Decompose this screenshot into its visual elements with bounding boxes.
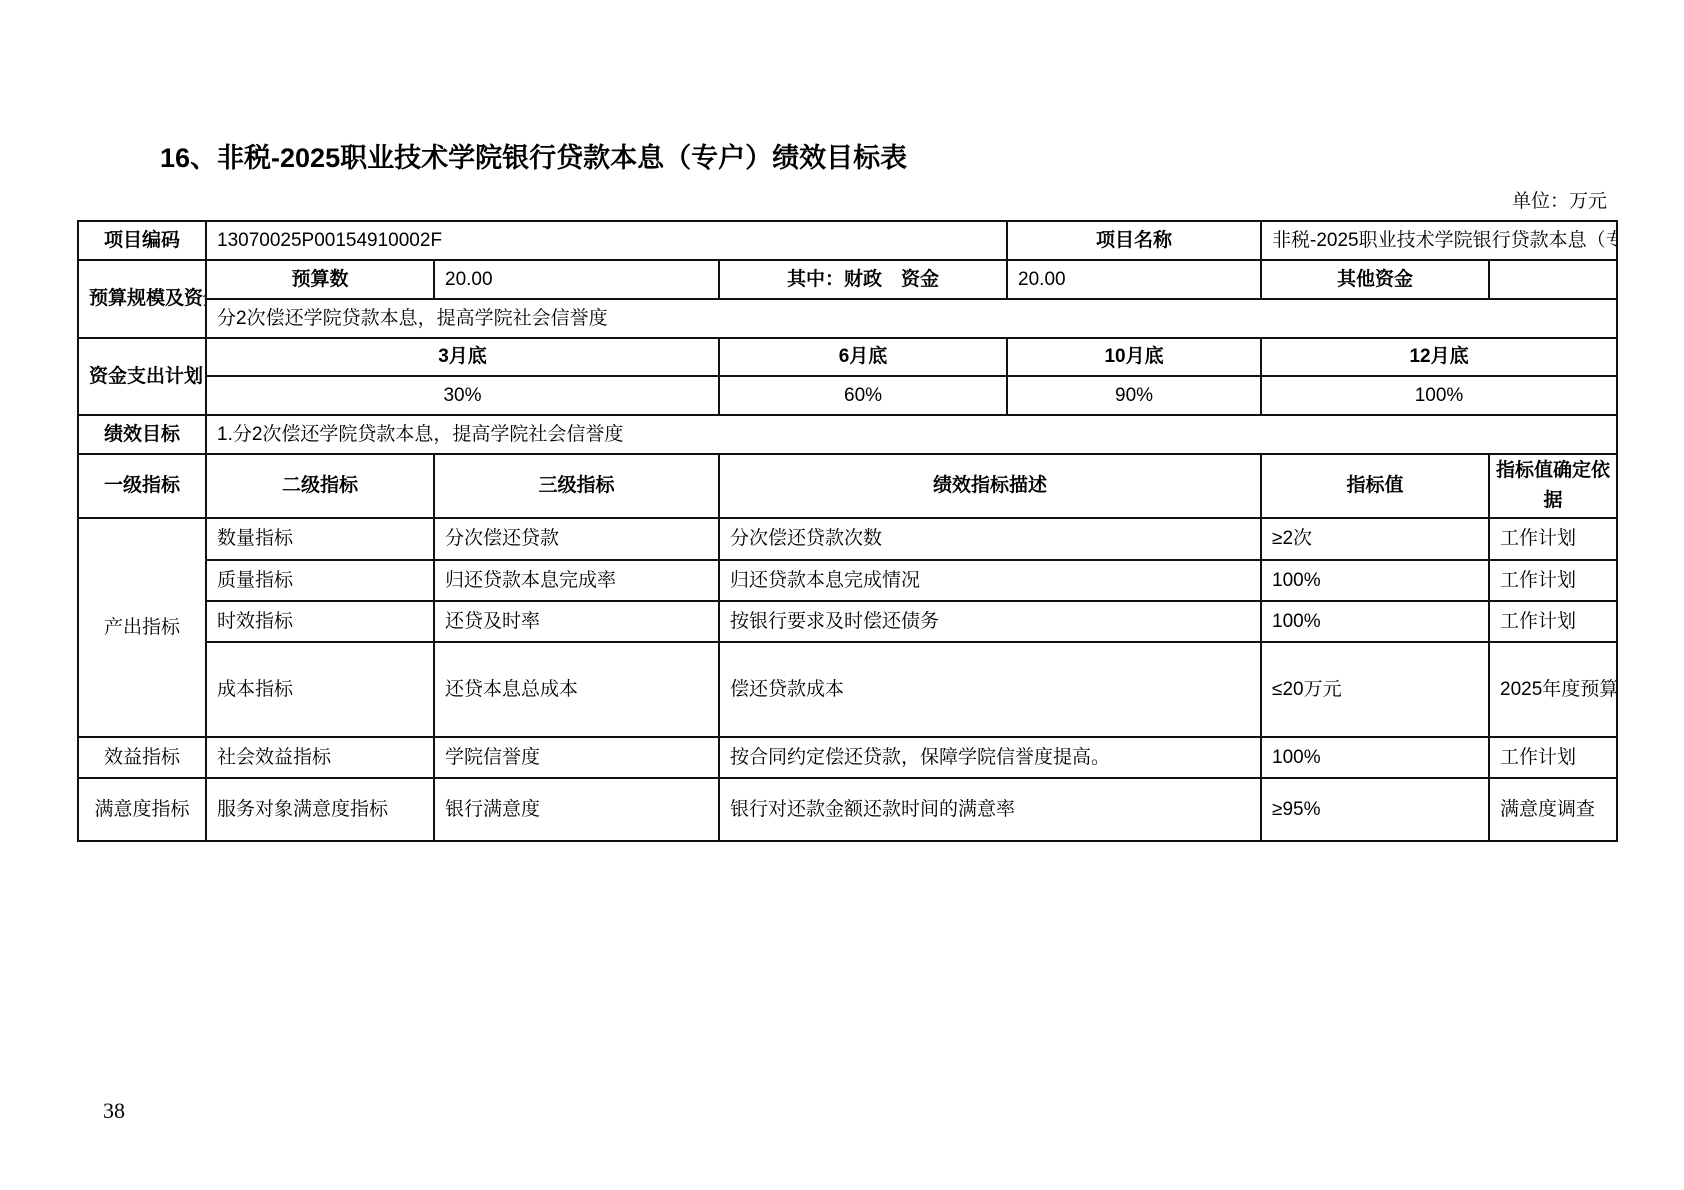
level3-cell: 归还贷款本息完成率 <box>434 560 719 601</box>
goal-text: 1.分2次偿还学院贷款本息，提高学院社会信誉度 <box>206 415 1617 454</box>
basis-cell: 工作计划 <box>1489 601 1617 642</box>
budget-row: 预算规模及资金用途 预算数 20.00 其中：财政 资金 20.00 其他资金 <box>78 260 1617 299</box>
period-label-q1: 3月底 <box>206 338 719 376</box>
budget-amount-value: 20.00 <box>434 260 719 299</box>
fiscal-funds-value: 20.00 <box>1007 260 1261 299</box>
period-label-q2: 6月底 <box>719 338 1007 376</box>
level2-cell: 时效指标 <box>206 601 434 642</box>
table-row: 成本指标 还贷本息总成本 偿还贷款成本 ≤20万元 2025年度预算测算 <box>78 642 1617 737</box>
basis-cell: 工作计划 <box>1489 560 1617 601</box>
period-label-q3: 10月底 <box>1007 338 1261 376</box>
description-cell: 分次偿还贷款次数 <box>719 518 1261 560</box>
period-value-q3: 90% <box>1007 376 1261 415</box>
level3-cell: 还贷及时率 <box>434 601 719 642</box>
goal-row: 绩效目标 1.分2次偿还学院贷款本息，提高学院社会信誉度 <box>78 415 1617 454</box>
project-code-value: 13070025P00154910002F <box>206 221 1007 260</box>
unit-label: 单位：万元 <box>1512 186 1607 213</box>
level2-cell: 质量指标 <box>206 560 434 601</box>
performance-target-table: 项目编码 13070025P00154910002F 项目名称 非税-2025职… <box>77 220 1618 842</box>
level1-benefit: 效益指标 <box>78 737 206 778</box>
other-funds-value <box>1489 260 1617 299</box>
basis-cell: 2025年度预算测算 <box>1489 642 1617 737</box>
value-cell: ≥95% <box>1261 778 1489 841</box>
spending-plan-label: 资金支出计划（%） <box>78 338 206 415</box>
value-cell: 100% <box>1261 737 1489 778</box>
period-label-q4: 12月底 <box>1261 338 1617 376</box>
project-row: 项目编码 13070025P00154910002F 项目名称 非税-2025职… <box>78 221 1617 260</box>
table-row: 效益指标 社会效益指标 学院信誉度 按合同约定偿还贷款，保障学院信誉度提高。 1… <box>78 737 1617 778</box>
description-cell: 银行对还款金额还款时间的满意率 <box>719 778 1261 841</box>
period-value-q2: 60% <box>719 376 1007 415</box>
budget-usage-row: 分2次偿还学院贷款本息，提高学院社会信誉度 <box>78 299 1617 338</box>
header-level3: 三级指标 <box>434 454 719 518</box>
header-level1: 一级指标 <box>78 454 206 518</box>
level2-cell: 数量指标 <box>206 518 434 560</box>
period-value-q4: 100% <box>1261 376 1617 415</box>
period-value-q1: 30% <box>206 376 719 415</box>
level3-cell: 学院信誉度 <box>434 737 719 778</box>
header-description: 绩效指标描述 <box>719 454 1261 518</box>
value-cell: ≤20万元 <box>1261 642 1489 737</box>
budget-amount-label: 预算数 <box>206 260 434 299</box>
level2-cell: 社会效益指标 <box>206 737 434 778</box>
indicator-header-row: 一级指标 二级指标 三级指标 绩效指标描述 指标值 指标值确定依据 <box>78 454 1617 518</box>
value-cell: ≥2次 <box>1261 518 1489 560</box>
page-number: 38 <box>103 1098 125 1124</box>
header-value: 指标值 <box>1261 454 1489 518</box>
budget-usage-text: 分2次偿还学院贷款本息，提高学院社会信誉度 <box>206 299 1617 338</box>
level3-cell: 分次偿还贷款 <box>434 518 719 560</box>
spending-plan-header-row: 资金支出计划（%） 3月底 6月底 10月底 12月底 <box>78 338 1617 376</box>
table-row: 满意度指标 服务对象满意度指标 银行满意度 银行对还款金额还款时间的满意率 ≥9… <box>78 778 1617 841</box>
description-cell: 按银行要求及时偿还债务 <box>719 601 1261 642</box>
value-cell: 100% <box>1261 560 1489 601</box>
value-cell: 100% <box>1261 601 1489 642</box>
basis-cell: 满意度调查 <box>1489 778 1617 841</box>
document-title: 16、非税-2025职业技术学院银行贷款本息（专户）绩效目标表 <box>160 136 907 175</box>
level1-satisfaction: 满意度指标 <box>78 778 206 841</box>
budget-section-label: 预算规模及资金用途 <box>78 260 206 338</box>
description-cell: 按合同约定偿还贷款，保障学院信誉度提高。 <box>719 737 1261 778</box>
level3-cell: 还贷本息总成本 <box>434 642 719 737</box>
project-name-label: 项目名称 <box>1007 221 1261 260</box>
table-row: 时效指标 还贷及时率 按银行要求及时偿还债务 100% 工作计划 <box>78 601 1617 642</box>
description-cell: 偿还贷款成本 <box>719 642 1261 737</box>
project-code-label: 项目编码 <box>78 221 206 260</box>
header-level2: 二级指标 <box>206 454 434 518</box>
basis-cell: 工作计划 <box>1489 737 1617 778</box>
level1-output: 产出指标 <box>78 518 206 737</box>
spending-plan-value-row: 30% 60% 90% 100% <box>78 376 1617 415</box>
description-cell: 归还贷款本息完成情况 <box>719 560 1261 601</box>
header-basis: 指标值确定依据 <box>1489 454 1617 518</box>
level2-cell: 成本指标 <box>206 642 434 737</box>
project-name-value: 非税-2025职业技术学院银行贷款本息（专户） <box>1261 221 1617 260</box>
table-row: 产出指标 数量指标 分次偿还贷款 分次偿还贷款次数 ≥2次 工作计划 <box>78 518 1617 560</box>
level2-cell: 服务对象满意度指标 <box>206 778 434 841</box>
level3-cell: 银行满意度 <box>434 778 719 841</box>
goal-label: 绩效目标 <box>78 415 206 454</box>
basis-cell: 工作计划 <box>1489 518 1617 560</box>
fiscal-funds-label: 其中：财政 资金 <box>719 260 1007 299</box>
table-row: 质量指标 归还贷款本息完成率 归还贷款本息完成情况 100% 工作计划 <box>78 560 1617 601</box>
other-funds-label: 其他资金 <box>1261 260 1489 299</box>
